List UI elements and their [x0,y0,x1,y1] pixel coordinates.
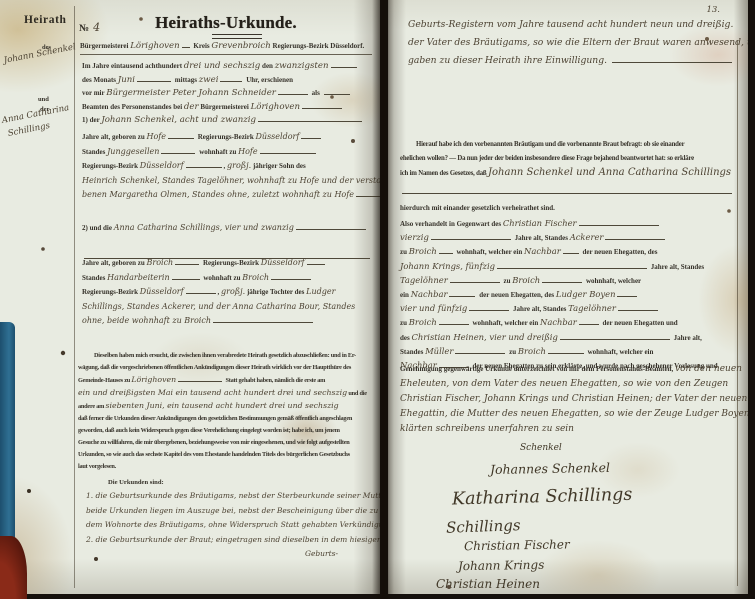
handwritten-text: Düsseldorf [261,258,305,267]
handwritten-text: Ehegattin, die Mutter des neuen Ehegatte… [400,409,748,419]
handwritten-text: Broich [242,273,269,282]
handwritten-text: Johannes Schenkel [490,460,610,477]
text-line: Schillings [446,511,718,536]
text-line: andere am siebenten Juni, ein tausend ac… [78,400,370,413]
printed-text: daß ferner die Urkunden dieser Ankündigu… [78,415,352,422]
blank-underline [172,272,200,280]
handwritten-text: Broich [518,346,546,356]
handwritten-text: Broich [512,275,540,285]
blank-underline [579,317,599,325]
text-line: hierdurch mit einander gesetzlich verhei… [400,204,740,212]
text-line: daß ferner die Urkunden dieser Ankündigu… [78,413,370,425]
printed-text: Statt gehabt haben, nämlich die erste am [224,377,325,384]
printed-text: Regierungs-Bezirk [196,133,256,141]
printed-text: zu [400,319,409,327]
printed-text: geworden, daß auch kein Widerspruch gege… [78,427,340,434]
blank-underline [302,101,342,109]
handwritten-text: beide Urkunden liegen im Auszuge bei, ne… [86,506,380,515]
intro-section: Im Jahre eintausend achthundert drei und… [82,60,372,128]
text-line: Christian Fischer, Johann Krings und Chr… [400,392,742,407]
text-line: Urkunden, so wie auch das sechste Kapite… [78,449,370,461]
text-line: Jahre alt, geboren zu Broich Regierungs-… [82,256,372,271]
blank-underline [186,286,216,294]
bride-section: Jahre alt, geboren zu Broich Regierungs-… [82,256,372,329]
handwritten-text: Ludger [306,287,335,296]
printed-text: den [260,62,274,70]
handwritten-text: Christian Fischer, Johann Krings und Chr… [400,394,747,404]
document-title: Heiraths-Urkunde. [80,13,372,33]
printed-text: Standes [400,348,425,356]
blank-underline [439,246,453,254]
printed-text: jähriger Sohn des [251,162,306,170]
text-line: Johann Krings, fünfzig Jahre alt, Stande… [400,260,742,274]
printed-text: 2) und die [82,224,114,232]
text-line: Eheleuten, von dem Vater des neuen Ehega… [400,377,742,392]
printed-text: Bürgermeisterei [80,42,130,50]
text-line: gaben zu dieser Heirath ihre Einwilligun… [408,52,740,70]
blank-underline [220,74,242,82]
text-line: Gemeinde-Hauses zu Lörighoven Statt geha… [78,374,370,387]
handwritten-text: Broich [409,317,437,327]
blank-underline [402,186,732,194]
printed-text: zu [400,248,409,256]
printed-text: Regierungs-Bezirk Düsseldorf. [271,42,365,50]
printed-text: Genehmigung gegenwärtige Urkunde unterze… [400,365,675,373]
text-line: Genehmigung gegenwärtige Urkunde unterze… [400,362,742,377]
handwritten-text: Christian Heinen [436,577,540,591]
handwritten-text: Handarbeiterin [107,273,170,282]
text-line: Standes Junggesellen wohnhaft zu Hofe [82,145,372,160]
text-line: 2. die Geburtsurkunde der Braut; eingetr… [86,533,372,547]
handwritten-text: Müller [425,346,453,356]
margin-heading: Heirath [24,14,67,26]
handwritten-text: benen Margaretha Olmen, Standes ohne, zu… [82,190,354,199]
printed-text: Standes [82,148,107,156]
handwritten-text: Düsseldorf [140,161,184,170]
printed-text: Bürgermeisterei [199,103,251,111]
printed-text: Also verhandelt in Gegenwart des [400,220,503,228]
paper-specks [0,0,2,2]
printed-text: 1) der [82,116,101,124]
blank-underline [301,131,321,139]
closing-section: Genehmigung gegenwärtige Urkunde unterze… [400,362,742,437]
printed-text: als [310,89,322,97]
printed-text: mittags [173,76,199,84]
blank-underline [168,131,194,139]
handwritten-text: ohne, beide wohnhaft zu Broich [82,316,211,325]
handwritten-text: Geburts-Registern vom Jahre tausend acht… [408,19,733,30]
printed-text: zu [507,348,518,356]
handwritten-text: Schillings [446,516,521,537]
consent-section: Geburts-Registern vom Jahre tausend acht… [408,16,740,70]
printed-text: Kreis [192,42,212,50]
handwritten-text: Johann Krings [458,557,545,573]
page-edge-line [737,40,738,586]
text-line: Heinrich Schenkel, Standes Tagelöhner, w… [82,174,372,189]
handwritten-text: der Vater des Bräutigams, so wie die Elt… [408,37,748,48]
text-line: Christian Fischer [464,533,718,553]
text-line: klärten schreibens unerfahren zu sein [400,422,742,437]
printed-text: Jahre alt, geboren zu [82,133,147,141]
handwritten-text: Johann Schenkel und Anna Catharina Schil… [488,167,731,178]
printed-text: wohnhaft, welcher ein [586,348,654,356]
printed-text: ich im Namen des Gesetzes, daß [400,170,488,177]
handwritten-text: der [184,102,199,112]
text-line: Tagelöhner zu Broich wohnhaft, welcher [400,274,742,288]
text-line: benen Margaretha Olmen, Standes ohne, zu… [82,188,372,203]
handwritten-text: von den neuen [675,364,742,374]
printed-text: Regierungs-Bezirk [201,259,261,267]
printed-text: vor mir [82,89,106,97]
printed-text: ehelichen wollen? — Da nun jeder der bei… [400,155,694,162]
handwritten-text: Hofe [147,132,167,141]
page-right: 13. Geburts-Registern vom Jahre tausend … [388,0,748,594]
text-line: 1) der Johann Schenkel, acht und zwanzig [82,114,372,128]
printed-text: der neuen Ehegatten und [601,319,678,327]
title-underline [212,34,262,39]
blank-underline [186,160,222,168]
handwritten-text: Ludger Boyen [556,289,616,299]
text-line: beide Urkunden liegen im Auszuge bei, ne… [86,504,372,518]
margin-divider-line [74,6,75,588]
handwritten-text: Lörighoven [130,41,179,51]
text-line: Jahre alt, geboren zu Hofe Regierungs-Be… [82,130,372,145]
text-line: wägung, daß die vorgeschriebenen öffentl… [78,362,370,374]
text-line: vor mir Bürgermeister Peter Johann Schne… [82,87,372,101]
text-line: Regierungs-Bezirk Düsseldorf, großj. jäh… [82,159,372,174]
blank-underline [178,374,222,382]
text-line: Bürgermeisterei Lörighoven Kreis Grevenb… [80,40,372,53]
announcement-section: Dieselben haben mich ersucht, die zwisch… [78,350,370,473]
printed-text: und die [347,390,367,397]
signatures-section: SchenkelJohannes SchenkelKatharina Schil… [428,438,718,592]
margin-entry: und [38,96,49,103]
handwritten-text: Nachbar [524,246,561,256]
handwritten-text: Heinrich Schenkel, Standes Tagelöhner, w… [82,176,380,185]
handwritten-text: siebenten Juni, ein tausend acht hundert… [105,401,338,410]
handwritten-text: Christian Fischer [503,218,577,228]
printed-text: Jahre alt, [672,334,702,342]
text-line: 1. die Geburtsurkunde des Bräutigams, ne… [86,489,372,503]
text-line: vier und fünfzig Jahre alt, Standes Tage… [400,302,742,316]
text-line: Johann Krings [458,553,718,574]
blank-underline [324,87,350,95]
blank-underline [258,114,362,122]
witnesses-section: Also verhandelt in Gegenwart des Christi… [400,217,742,373]
printed-text: Regierungs-Bezirk [82,162,140,170]
handwritten-text: Christian Heinen, vier und dreißig [411,332,557,342]
text-line: Ehegattin, die Mutter des neuen Ehegatte… [400,407,742,422]
handwritten-text: Nachbar [411,289,448,299]
handwritten-text: drei und sechszig [184,61,261,71]
blank-underline [296,222,366,230]
handwritten-text: Schenkel [520,443,562,453]
handwritten-text: gaben zu dieser Heirath ihre Einwilligun… [408,55,610,66]
text-line: Regierungs-Bezirk Düsseldorf, großj. jäh… [82,285,372,300]
blank-underline [617,289,637,297]
handwritten-text: Lörighoven [251,102,300,112]
printed-text: des [400,334,411,342]
printed-text: wohnhaft zu [197,148,238,156]
blank-underline [542,275,582,283]
text-line: ohne, beide wohnhaft zu Broich [82,314,372,329]
printed-text: wohnhaft, welcher ein [455,248,524,256]
text-line: Die Urkunden sind: [86,476,372,489]
printed-text: Gemeinde-Hauses zu [78,377,131,384]
blank-underline [618,303,658,311]
handwritten-text: vierzig [400,232,429,242]
text-line: Hierauf habe ich den vorbenannten Bräuti… [400,138,740,152]
blank-underline [182,40,190,48]
blank-underline [260,146,316,154]
text-line: Beamten des Personenstandes bei der Bürg… [82,101,372,115]
printed-text: Jahre alt, Standes [511,305,568,313]
printed-text: Die Urkunden sind: [108,479,164,486]
handwritten-text: Hofe [238,147,258,156]
text-line: Geburts-Registern vom Jahre tausend acht… [408,16,740,34]
printed-text: Regierungs-Bezirk [82,288,140,296]
handwritten-text: 1. die Geburtsurkunde des Bräutigams, ne… [86,491,380,500]
blank-underline [548,346,584,354]
printed-text: wohnhaft, welcher ein [471,319,540,327]
printed-text: ein [400,291,411,299]
text-line: Schenkel [520,438,718,454]
blank-underline [439,317,469,325]
handwritten-text: Schillings, Standes Ackerer, und der Ann… [82,302,355,311]
handwritten-text: Geburts- [305,549,338,558]
text-line: Im Jahre eintausend achthundert drei und… [82,60,372,74]
text-line: des Monats Juni mittags zwei Uhr, erschi… [82,74,372,88]
page-number: 13. [706,5,720,15]
declaration-section: Hierauf habe ich den vorbenannten Bräuti… [400,138,740,200]
book-gutter [372,0,394,599]
handwritten-text: großj. [221,287,245,296]
handwritten-text: klärten schreibens unerfahren zu sein [400,424,574,434]
text-line: Gesuche zu willfahren, die mir übergeben… [78,437,370,449]
blank-underline [161,146,195,154]
text-line: Also verhandelt in Gegenwart des Christi… [400,217,742,231]
groom-section: Jahre alt, geboren zu Hofe Regierungs-Be… [82,130,372,264]
handwritten-text: zwanzigsten [275,61,329,71]
text-line: ehelichen wollen? — Da nun jeder der bei… [400,152,740,166]
married-statement: hierdurch mit einander gesetzlich verhei… [400,204,740,212]
handwritten-text: großj. [227,161,251,170]
handwritten-text: Eheleuten, von dem Vater des neuen Ehega… [400,379,728,389]
printed-text: Hierauf habe ich den vorbenannten Bräuti… [416,141,684,148]
printed-text: wohnhaft zu [202,274,243,282]
handwritten-text: Broich [409,246,437,256]
handwritten-text: Johann Krings, fünfzig [400,261,495,271]
text-line: Standes Handarbeiterin wohnhaft zu Broic… [82,271,372,286]
text-line: ein und dreißigsten Mai ein tausend acht… [78,387,370,400]
handwritten-text: Ackerer [570,232,604,242]
printed-text: Im Jahre eintausend achthundert [82,62,184,70]
text-line: ein Nachbar der neuen Ehegatten, des Lud… [400,288,742,302]
blank-underline [455,346,505,354]
blank-underline [450,275,500,283]
printed-text: Standes [82,274,107,282]
handwritten-text: Lörighoven [131,375,176,384]
handwritten-text: Tagelöhner [568,303,616,313]
blank-underline [497,261,647,269]
blank-underline [431,232,511,240]
handwritten-text: Düsseldorf [140,287,184,296]
text-line: geworden, daß auch kein Widerspruch gege… [78,425,370,437]
printed-text: Jahre alt, Standes [513,234,570,242]
handwritten-text: Nachbar [540,317,577,327]
printed-text: Jahre alt, Standes [649,263,704,271]
blank-underline [563,246,579,254]
blank-underline [213,315,313,323]
handwritten-text: Grevenbroich [211,41,270,51]
handwritten-text: Düsseldorf [256,132,300,141]
printed-text: Gesuche zu willfahren, die mir übergeben… [78,439,350,446]
printed-text: zu [502,277,513,285]
text-line: Dieselben haben mich ersucht, die zwisch… [78,350,370,362]
blank-underline [612,55,732,63]
handwritten-text: Broich [147,258,174,267]
text-line: dem Wohnorte des Bräutigams, ohne Widers… [86,518,372,532]
documents-section: Die Urkunden sind:1. die Geburtsurkunde … [86,476,372,561]
blank-underline [560,332,670,340]
printed-text: laut vorgelesen. [78,463,116,470]
handwritten-text: zwei [199,75,219,85]
text-line: der Vater des Bräutigams, so wie die Elt… [408,34,740,52]
blank-underline [307,257,325,265]
margin-groom-name: Johann Schenkel [3,42,77,66]
text-line: Johannes Schenkel [490,458,718,478]
printed-text: jährige Tochter des [245,288,306,296]
blank-underline [579,218,659,226]
handwritten-text: Christian Fischer [464,537,570,553]
printed-text: hierdurch mit einander gesetzlich verhei… [400,204,555,212]
text-line: laut vorgelesen. [78,461,370,473]
printed-text: wohnhaft, welcher [584,277,641,285]
blank-underline [271,272,311,280]
handwritten-text: Katharina Schillings [452,485,633,510]
handwritten-text: Johann Schenkel, acht und zwanzig [101,115,256,125]
header-row: Bürgermeisterei Lörighoven Kreis Grevenb… [80,40,372,55]
marriage-record-scan: Heirath des Johann Schenkel und der Anna… [0,0,755,599]
text-line: ich im Namen des Gesetzes, daß Johann Sc… [400,166,740,181]
handwritten-text: Junggesellen [107,147,159,156]
printed-text: Urkunden, so wie auch das sechste Kapite… [78,451,350,458]
text-line: vierzig Jahre alt, Standes Ackerer [400,231,742,245]
printed-text: Beamten des Personenstandes bei [82,103,184,111]
printed-text: des Monats [82,76,118,84]
printed-text: Uhr, erschienen [244,76,293,84]
printed-text: andere am [78,403,105,410]
page-left: Heirath des Johann Schenkel und der Anna… [0,0,380,594]
printed-text: der neuen Ehegatten, des [581,248,658,256]
blank-underline [449,289,475,297]
printed-text: Dieselben haben mich ersucht, die zwisch… [94,352,356,359]
printed-text: Jahre alt, geboren zu [82,259,147,267]
text-line: zu Broich wohnhaft, welcher ein Nachbar … [400,316,742,330]
blank-underline [605,232,665,240]
blank-underline [469,303,509,311]
blank-underline [331,60,357,68]
text-line: Christian Heinen [436,576,718,592]
handwritten-text: Bürgermeister Peter Johann Schneider [106,88,276,98]
text-line [400,186,740,200]
text-line: 2) und die Anna Catharina Schillings, vi… [82,221,372,236]
handwritten-text: Anna Catharina Schillings, vier und zwan… [114,223,294,232]
handwritten-text: Juni [118,75,135,85]
text-line: Katharina Schillings [452,485,718,509]
blank-underline [278,87,308,95]
handwritten-text: dem Wohnorte des Bräutigams, ohne Widers… [86,520,380,529]
text-line: Schillings, Standes Ackerer, und der Ann… [82,300,372,315]
blank-underline [175,257,199,265]
handwritten-text: ein und dreißigsten Mai ein tausend acht… [78,388,347,397]
text-line: des Christian Heinen, vier und dreißig J… [400,331,742,345]
text-line: Standes Müller zu Broich wohnhaft, welch… [400,345,742,359]
printed-text: der neuen Ehegatten, des [477,291,555,299]
text-line: Geburts- [86,547,372,561]
handwritten-text: Tagelöhner [400,275,448,285]
text-line: zu Broich wohnhaft, welcher ein Nachbar … [400,245,742,259]
handwritten-text: 2. die Geburtsurkunde der Braut; eingetr… [86,535,380,544]
blank-underline [137,74,171,82]
handwritten-text: vier und fünfzig [400,303,467,313]
printed-text: wägung, daß die vorgeschriebenen öffentl… [78,364,351,371]
